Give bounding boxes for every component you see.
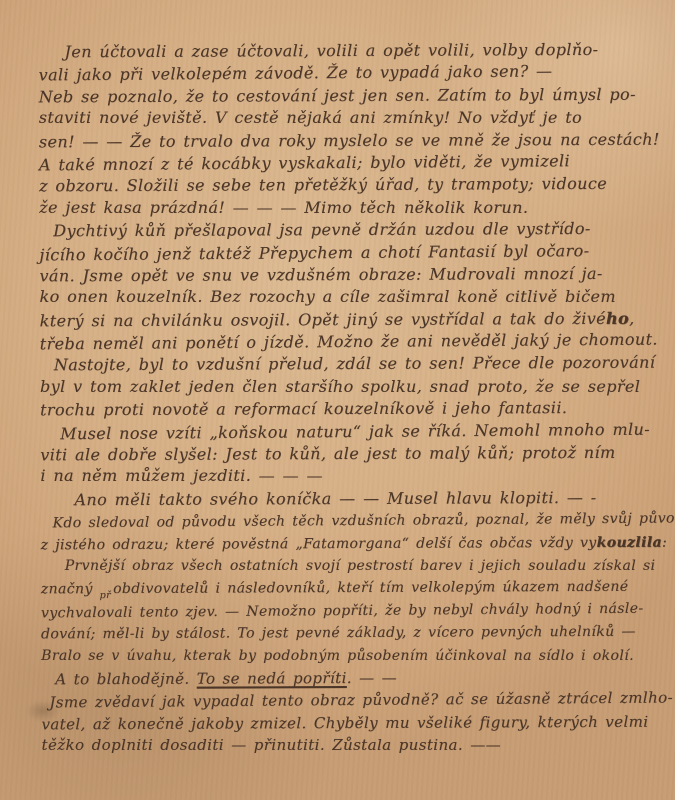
manuscript-text-segment: jícího kočího jenž taktéž Přepychem a ch… (39, 241, 589, 264)
manuscript-text-segment: z jistého odrazu; které pověstná „Fatamo… (41, 535, 597, 553)
manuscript-line: Prvnější obraz všech ostatních svojí pes… (65, 555, 656, 577)
manuscript-text-segment: Prvnější obraz všech ostatních svojí pes… (65, 558, 656, 574)
manuscript-line: jícího kočího jenž taktéž Přepychem a ch… (39, 239, 654, 266)
manuscript-text-segment: A to blahodějně. (55, 670, 197, 689)
manuscript-text-segment: Bralo se v úvahu, kterak by podobným půs… (41, 648, 634, 664)
manuscript-text-segment: Jsme zvědaví jak vypadal tento obraz pův… (49, 689, 673, 712)
manuscript-text-segment: A také mnozí z té kocábky vyskakali; byl… (39, 151, 570, 174)
manuscript-line: ko onen kouzelník. Bez rozochy a cíle za… (40, 286, 655, 308)
manuscript-text-segment: : (662, 534, 667, 550)
manuscript-text-segment: ko onen kouzelník. Bez rozochy a cíle za… (40, 287, 616, 306)
manuscript-text-segment: obdivovatelů i následovníků, kteří tím v… (113, 579, 629, 597)
manuscript-text-segment: viti ale dobře slyšel: Jest to kůň, ale … (40, 443, 615, 465)
manuscript-text-segment: třeba neměl ani ponětí o jízdě. Možno že… (40, 330, 658, 354)
manuscript-text-segment: že jest kasa prázdná! — — — Mimo těch ně… (39, 198, 528, 217)
manuscript-line: A také mnozí z té kocábky vyskakali; byl… (39, 150, 654, 177)
manuscript-line: staviti nové jeviště. V cestě nějaká ani… (39, 107, 654, 129)
manuscript-text-segment: byl v tom zaklet jeden člen staršího spo… (40, 377, 640, 396)
manuscript-line: Musel nose vzíti „koňskou naturu“ jak se… (60, 418, 655, 445)
manuscript-text-segment: Nastojte, byl to vzdušní přelud, zdál se… (54, 353, 655, 375)
manuscript-text-segment: značný (41, 581, 100, 597)
manuscript-text-segment: Jen účtovali a zase účtovali, volili a o… (64, 40, 598, 61)
inserted-correction: př (100, 590, 112, 601)
manuscript-line: ván. Jsme opět ve snu ve vzdušném obraze… (39, 263, 654, 288)
manuscript-line: vychvalovali tento zjev. — Nemožno popří… (41, 597, 656, 624)
underlined-phrase: To se nedá popříti (197, 669, 347, 688)
manuscript-text-segment: dování; měl-li by stálost. To jest pevné… (41, 624, 636, 643)
manuscript-text-segment: vatel, až konečně jakoby zmizel. Chyběly… (41, 712, 648, 733)
manuscript-text-segment: Dychtivý kůň přešlapoval jsa pevně držán… (53, 219, 591, 240)
manuscript-text-segment: . — — (347, 669, 397, 687)
manuscript-text-segment: Musel nose vzíti „koňskou naturu“ jak se… (60, 419, 650, 443)
manuscript-line: trochu proti novotě a reformací kouzelní… (40, 397, 655, 422)
manuscript-text-segment: sen! — — Že to trvalo dva roky myslelo s… (39, 129, 660, 151)
manuscript-text-segment: z obzoru. Složili se sebe ten přetěžký ú… (39, 174, 607, 195)
manuscript-text-segment: Ano měli takto svého koníčka — — Musel h… (74, 488, 596, 509)
manuscript-text-segment: , (629, 308, 635, 327)
manuscript-text-segment: staviti nové jeviště. V cestě nějaká ani… (39, 108, 582, 127)
manuscript-line: i na něm můžem jezditi. — — — (40, 465, 655, 487)
manuscript-text-segment: Kdo sledoval od původu všech těch vzdušn… (52, 511, 675, 532)
manuscript-line: byl v tom zaklet jeden člen staršího spo… (40, 376, 655, 398)
manuscript-text-segment: kouzlila (597, 534, 662, 550)
manuscript-line: Nastojte, byl to vzdušní přelud, zdál se… (54, 352, 655, 377)
manuscript-line: dování; měl-li by stálost. To jest pevné… (41, 621, 656, 646)
manuscript-text-segment: který si na chvilánku osvojil. Opět jiný… (40, 309, 606, 330)
manuscript-line: vatel, až konečně jakoby zmizel. Chyběly… (41, 710, 656, 735)
manuscript-line: že jest kasa prázdná! — — — Mimo těch ně… (39, 197, 654, 219)
manuscript-line: viti ale dobře slyšel: Jest to kůň, ale … (40, 442, 655, 467)
manuscript-text-segment: i na něm můžem jezditi. — — — (40, 466, 323, 485)
manuscript-line: z obzoru. Složili se sebe ten přetěžký ú… (39, 173, 654, 198)
manuscript-line: těžko doplniti dosaditi — přinutiti. Zůs… (42, 734, 657, 756)
manuscript-text-segment: Neb se poznalo, že to cestování jest jen… (39, 85, 636, 107)
manuscript-line: Dychtivý kůň přešlapoval jsa pevně držán… (53, 218, 654, 243)
manuscript-text-segment: ho (606, 308, 629, 327)
manuscript-line: z jistého odrazu; které pověstná „Fatamo… (41, 531, 656, 556)
manuscript-text-segment: těžko doplniti dosaditi — přinutiti. Zůs… (42, 736, 501, 754)
manuscript-line: Neb se poznalo, že to cestování jest jen… (39, 83, 654, 108)
manuscript-line: Bralo se v úvahu, kterak by podobným půs… (41, 645, 656, 667)
manuscript-text-segment: vali jako při velkolepém závodě. Že to v… (39, 62, 553, 85)
manuscript-text-segment: vychvalovali tento zjev. — Nemožno popří… (41, 600, 644, 621)
manuscript-text-segment: trochu proti novotě a reformací kouzelní… (40, 398, 567, 419)
manuscript-text-segment: ván. Jsme opět ve snu ve vzdušném obraze… (39, 264, 602, 285)
manuscript-text: Jen účtovali a zase účtovali, volili a o… (38, 39, 656, 758)
manuscript-page: Jen účtovali a zase účtovali, volili a o… (0, 0, 675, 800)
